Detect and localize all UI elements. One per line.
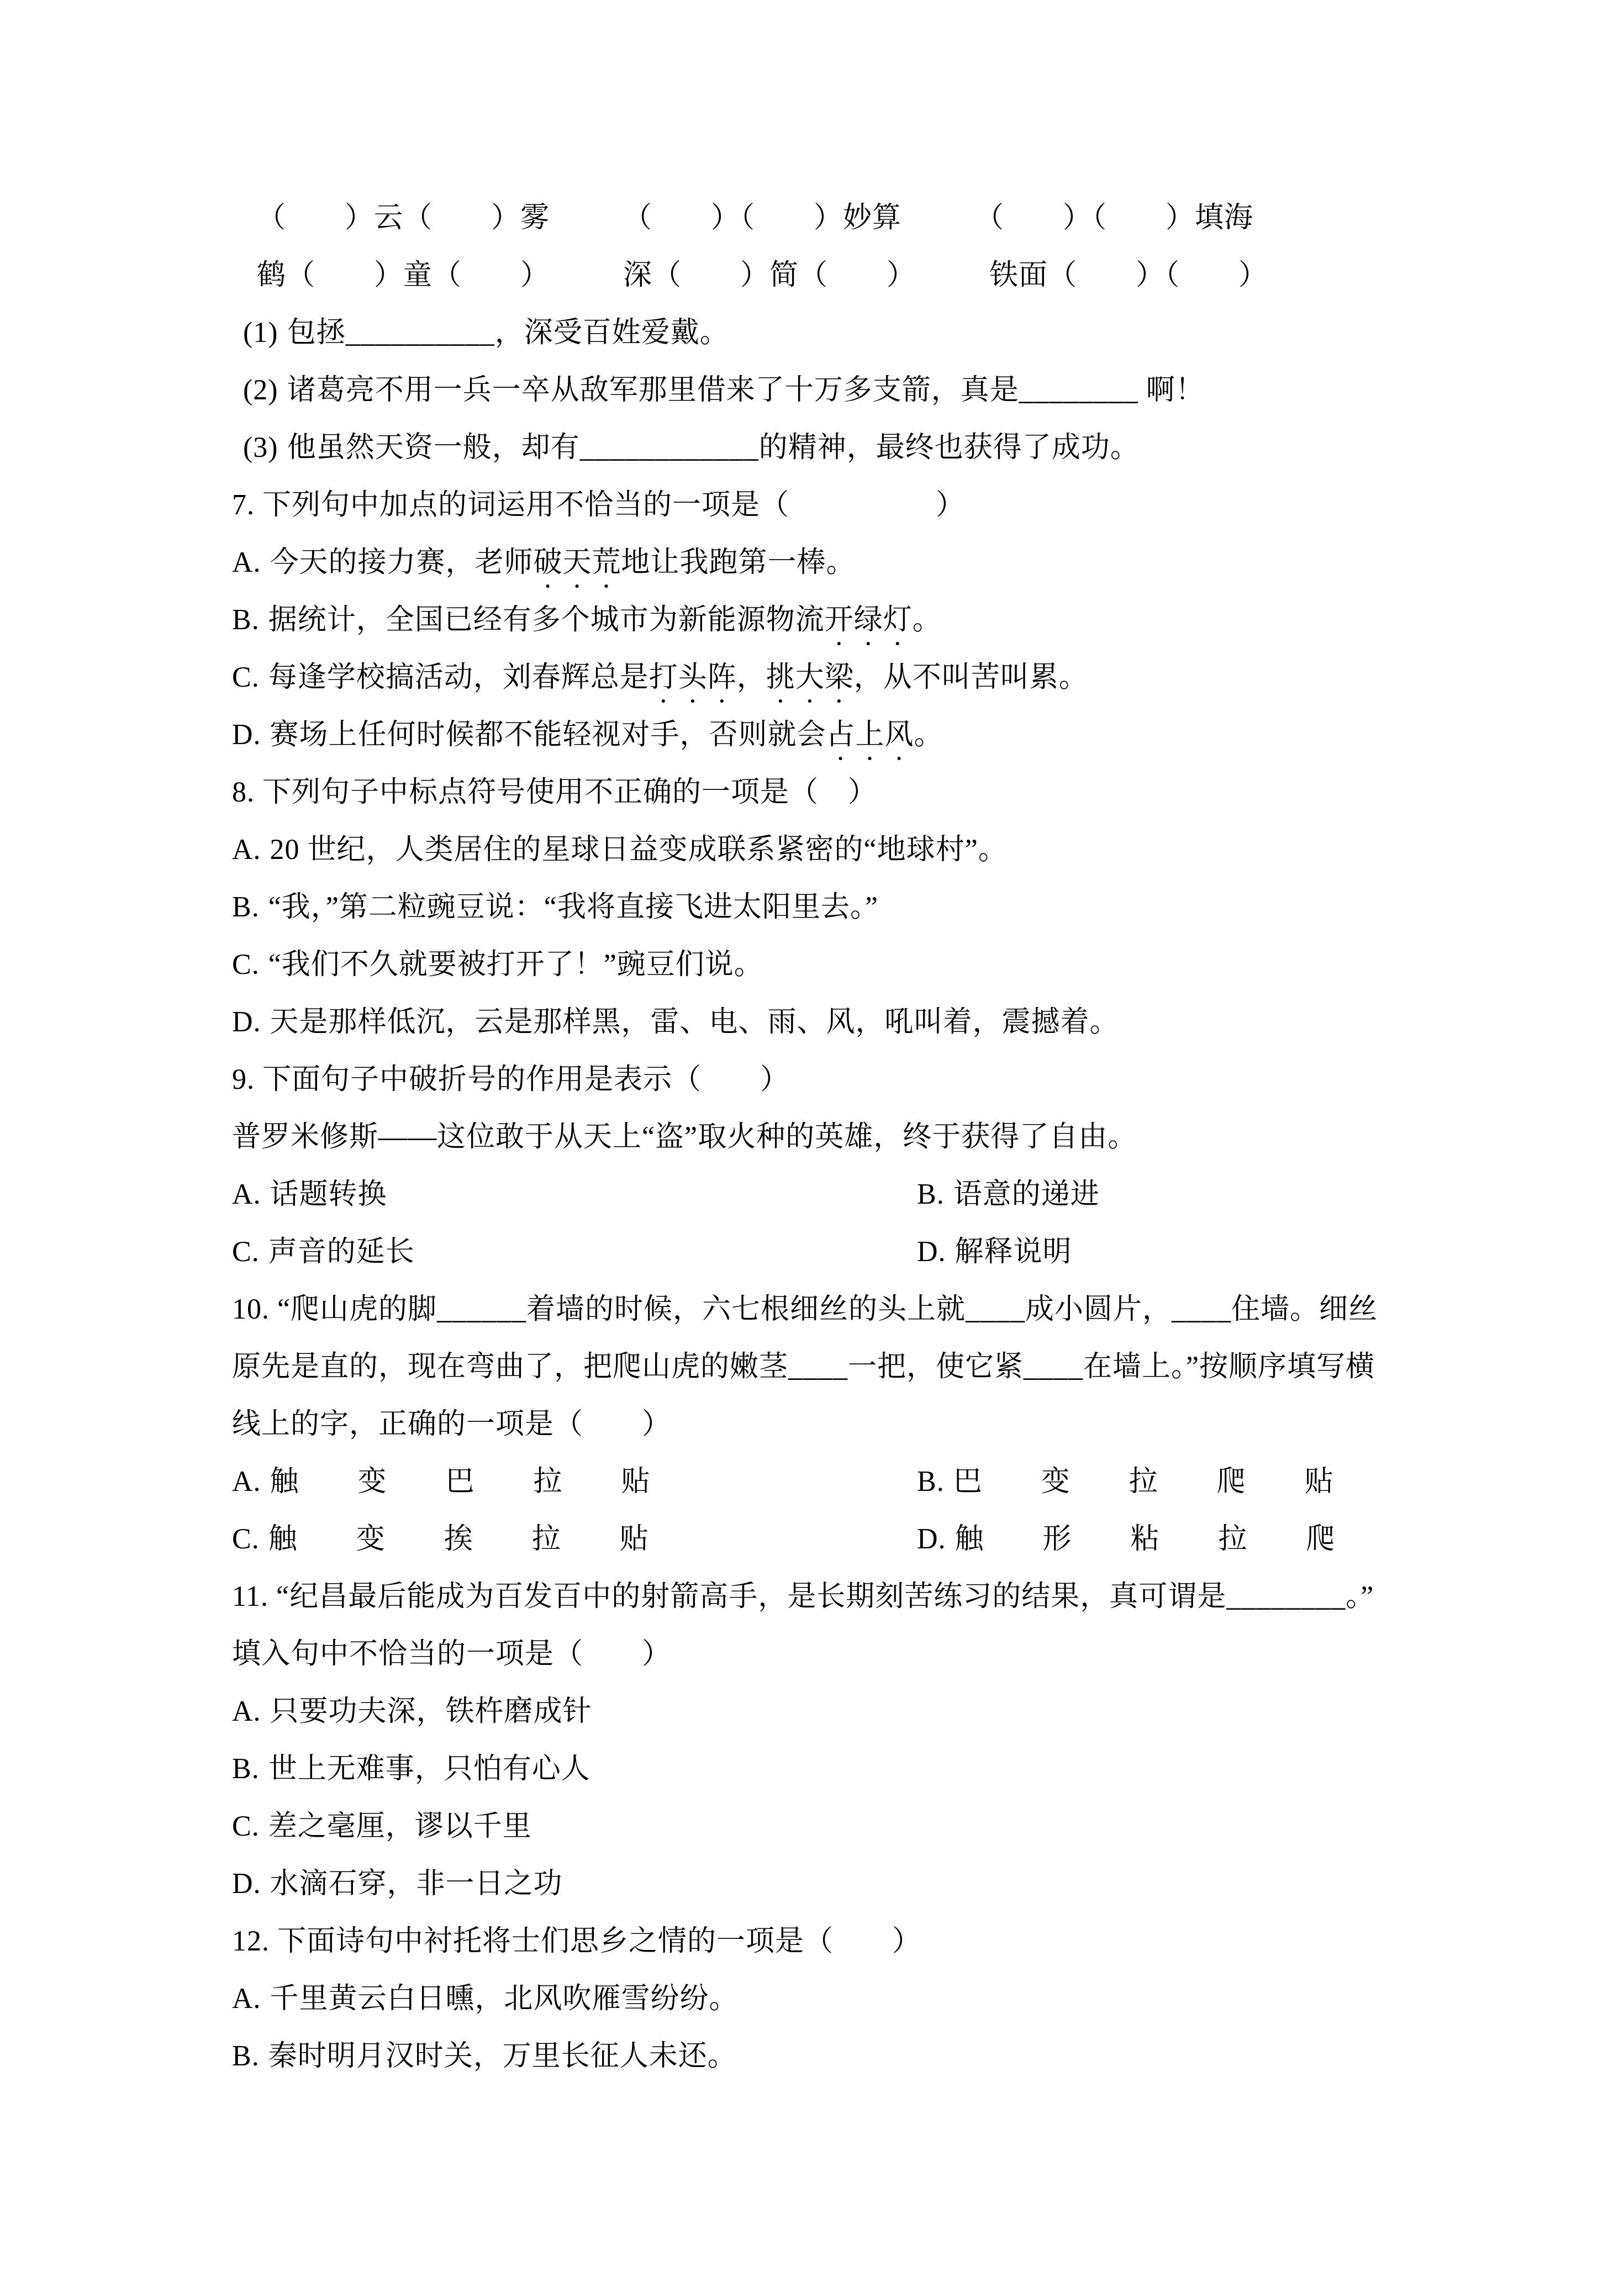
question-10-option-a: A.触 变 巴 拉 贴 bbox=[232, 1453, 917, 1511]
option-text: 触 变 巴 拉 贴 bbox=[270, 1466, 651, 1498]
option-text: 每逢学校搞活动，刘春辉总是 bbox=[268, 662, 649, 693]
question-11-option-c: C.差之毫厘，谬以千里 bbox=[232, 1798, 1414, 1855]
option-label: C. bbox=[232, 662, 260, 693]
idiom-fill-row-1: （ ）云（ ）雾 （ ）（ ）妙算 （ ）（ ）填海 bbox=[232, 189, 1414, 247]
question-11-option-a: A.只要功夫深，铁杵磨成针 bbox=[232, 1683, 1414, 1741]
question-7-option-d: D.赛场上任何时候都不能轻视对手，否则就会占上风。 bbox=[232, 707, 1414, 764]
question-11-stem-line-1: 11. “纪昌最后能成为百发百中的射箭高手，是长期刻苦练习的结果，真可谓是___… bbox=[232, 1568, 1414, 1626]
option-label: C. bbox=[232, 1236, 260, 1268]
option-text: 声音的延长 bbox=[268, 1236, 415, 1268]
option-label: B. bbox=[232, 604, 260, 636]
question-10-stem-line-3: 线上的字，正确的一项是（ ） bbox=[232, 1396, 1414, 1453]
option-text: 只要功夫深，铁杵磨成针 bbox=[270, 1696, 592, 1727]
question-9-context: 普罗米修斯——这位敢于从天上“盗”取火种的英雄，终于获得了自由。 bbox=[232, 1109, 1414, 1166]
question-10-option-d: D.触 形 粘 拉 爬 bbox=[917, 1511, 1414, 1568]
option-text: 千里黄云白日曛，北风吹雁雪纷纷。 bbox=[270, 1983, 739, 2015]
question-12-option-b: B.秦时明月汉时关，万里长征人未还。 bbox=[232, 2028, 1414, 2085]
question-9-option-c: C.声音的延长 bbox=[232, 1224, 917, 1281]
option-text: 触 变 挨 拉 贴 bbox=[268, 1523, 649, 1555]
option-text: ， bbox=[737, 662, 766, 693]
question-9-option-d: D.解释说明 bbox=[917, 1224, 1414, 1281]
question-10-stem-line-1: 10. “爬山虎的脚______着墙的时候，六七根细丝的头上就____成小圆片，… bbox=[232, 1281, 1414, 1338]
option-text: “我，”第二粒豌豆说：“我将直接飞进太阳里去。” bbox=[268, 892, 878, 923]
emphasized-word: 打头阵 bbox=[649, 662, 737, 693]
option-text: 触 形 粘 拉 爬 bbox=[955, 1523, 1336, 1555]
option-label: D. bbox=[917, 1523, 946, 1555]
emphasized-word: 破天荒 bbox=[534, 547, 621, 578]
option-label: A. bbox=[232, 1696, 261, 1727]
option-text: 据统计，全国已经有多个城市为新能源物流 bbox=[268, 604, 825, 636]
option-label: A. bbox=[232, 1179, 261, 1210]
option-text: ，从不叫苦叫累。 bbox=[854, 662, 1088, 693]
option-label: D. bbox=[232, 719, 261, 751]
option-text: 天是那样低沉，云是那样黑，雷、电、雨、风，吼叫着，震撼着。 bbox=[270, 1006, 1119, 1038]
question-7-option-b: B.据统计，全国已经有多个城市为新能源物流开绿灯。 bbox=[232, 592, 1414, 649]
item-1-text: 包拯__________，深受百姓爱戴。 bbox=[287, 317, 729, 349]
option-label: A. bbox=[232, 1466, 261, 1498]
option-label: D. bbox=[917, 1236, 946, 1268]
idiom-sentence-item-3: (3)他虽然天资一般，却有____________的精神，最终也获得了成功。 bbox=[232, 419, 1414, 477]
option-text: 20 世纪，人类居住的星球日益变成联系紧密的“地球村”。 bbox=[270, 834, 1008, 866]
option-text: 。 bbox=[914, 719, 943, 751]
emphasized-word: 挑大梁 bbox=[766, 662, 854, 693]
idiom-sentence-item-1: (1)包拯__________，深受百姓爱戴。 bbox=[232, 304, 1414, 362]
option-text: 秦时明月汉时关，万里长征人未还。 bbox=[268, 2041, 737, 2072]
option-text: 解释说明 bbox=[955, 1236, 1072, 1268]
question-9-options-row-1: A.话题转换 B.语意的递进 bbox=[232, 1166, 1414, 1224]
item-1-number: (1) bbox=[243, 317, 278, 349]
option-label: B. bbox=[232, 1753, 260, 1785]
question-10-options-row-1: A.触 变 巴 拉 贴 B.巴 变 拉 爬 贴 bbox=[232, 1453, 1414, 1511]
question-11-option-d: D.水滴石穿，非一日之功 bbox=[232, 1855, 1414, 1913]
item-2-number: (2) bbox=[243, 375, 278, 406]
question-9-option-a: A.话题转换 bbox=[232, 1166, 917, 1224]
option-text: 。 bbox=[913, 604, 942, 636]
option-text: 差之毫厘，谬以千里 bbox=[268, 1811, 532, 1842]
option-label: C. bbox=[232, 949, 260, 980]
option-label: B. bbox=[232, 892, 260, 923]
question-7-stem: 7. 下列句中加点的词运用不恰当的一项是（ ） bbox=[232, 477, 1414, 534]
option-text: 语意的递进 bbox=[953, 1179, 1100, 1210]
emphasized-word: 开绿灯 bbox=[825, 604, 913, 636]
item-2-text: 诸葛亮不用一兵一卒从敌军那里借来了十万多支箭，真是________ 啊！ bbox=[287, 375, 1205, 406]
option-label: C. bbox=[232, 1523, 260, 1555]
option-text: 今天的接力赛，老师 bbox=[270, 547, 534, 578]
option-label: B. bbox=[917, 1179, 945, 1210]
option-label: A. bbox=[232, 1983, 261, 2015]
question-8-option-d: D.天是那样低沉，云是那样黑，雷、电、雨、风，吼叫着，震撼着。 bbox=[232, 994, 1414, 1051]
option-label: B. bbox=[917, 1466, 945, 1498]
option-label: D. bbox=[232, 1006, 261, 1038]
question-12-option-a: A.千里黄云白日曛，北风吹雁雪纷纷。 bbox=[232, 1970, 1414, 2028]
option-label: A. bbox=[232, 834, 261, 866]
option-text: 巴 变 拉 爬 贴 bbox=[953, 1466, 1334, 1498]
question-10-option-c: C.触 变 挨 拉 贴 bbox=[232, 1511, 917, 1568]
option-text: 世上无难事，只怕有心人 bbox=[268, 1753, 590, 1785]
option-label: A. bbox=[232, 547, 261, 578]
item-3-number: (3) bbox=[243, 432, 278, 463]
question-7-option-c: C.每逢学校搞活动，刘春辉总是打头阵，挑大梁，从不叫苦叫累。 bbox=[232, 649, 1414, 707]
option-text: 地让我跑第一棒。 bbox=[621, 547, 856, 578]
question-10-option-b: B.巴 变 拉 爬 贴 bbox=[917, 1453, 1414, 1511]
question-9-stem: 9. 下面句子中破折号的作用是表示（ ） bbox=[232, 1051, 1414, 1109]
question-8-option-b: B.“我，”第二粒豌豆说：“我将直接飞进太阳里去。” bbox=[232, 879, 1414, 936]
question-8-option-c: C.“我们不久就要被打开了！”豌豆们说。 bbox=[232, 936, 1414, 994]
question-9-option-b: B.语意的递进 bbox=[917, 1166, 1414, 1224]
option-label: C. bbox=[232, 1811, 260, 1842]
question-8-option-a: A.20 世纪，人类居住的星球日益变成联系紧密的“地球村”。 bbox=[232, 821, 1414, 879]
question-10-options-row-2: C.触 变 挨 拉 贴 D.触 形 粘 拉 爬 bbox=[232, 1511, 1414, 1568]
idiom-fill-row-2: 鹤（ ）童（ ） 深（ ）简（ ） 铁面（ ）（ ） bbox=[232, 247, 1414, 304]
option-text: 话题转换 bbox=[270, 1179, 387, 1210]
exam-paper-page: （ ）云（ ）雾 （ ）（ ）妙算 （ ）（ ）填海 鹤（ ）童（ ） 深（ ）… bbox=[0, 0, 1624, 2288]
emphasized-word: 占上风 bbox=[826, 719, 914, 751]
option-label: B. bbox=[232, 2041, 260, 2072]
question-11-option-b: B.世上无难事，只怕有心人 bbox=[232, 1741, 1414, 1798]
question-11-stem-line-2: 填入句中不恰当的一项是（ ） bbox=[232, 1626, 1414, 1683]
question-9-options-row-2: C.声音的延长 D.解释说明 bbox=[232, 1224, 1414, 1281]
item-3-text: 他虽然天资一般，却有____________的精神，最终也获得了成功。 bbox=[287, 432, 1140, 463]
option-text: “我们不久就要被打开了！”豌豆们说。 bbox=[268, 949, 763, 980]
option-text: 赛场上任何时候都不能轻视对手，否则就会 bbox=[270, 719, 826, 751]
option-text: 水滴石穿，非一日之功 bbox=[270, 1868, 563, 1900]
option-label: D. bbox=[232, 1868, 261, 1900]
question-12-stem: 12. 下面诗句中衬托将士们思乡之情的一项是（ ） bbox=[232, 1913, 1414, 1970]
question-10-stem-line-2: 原先是直的，现在弯曲了，把爬山虎的嫩茎____一把，使它紧____在墙上。”按顺… bbox=[232, 1338, 1414, 1396]
question-8-stem: 8. 下列句子中标点符号使用不正确的一项是（ ） bbox=[232, 764, 1414, 821]
question-7-option-a: A.今天的接力赛，老师破天荒地让我跑第一棒。 bbox=[232, 534, 1414, 592]
idiom-sentence-item-2: (2)诸葛亮不用一兵一卒从敌军那里借来了十万多支箭，真是________ 啊！ bbox=[232, 362, 1414, 419]
